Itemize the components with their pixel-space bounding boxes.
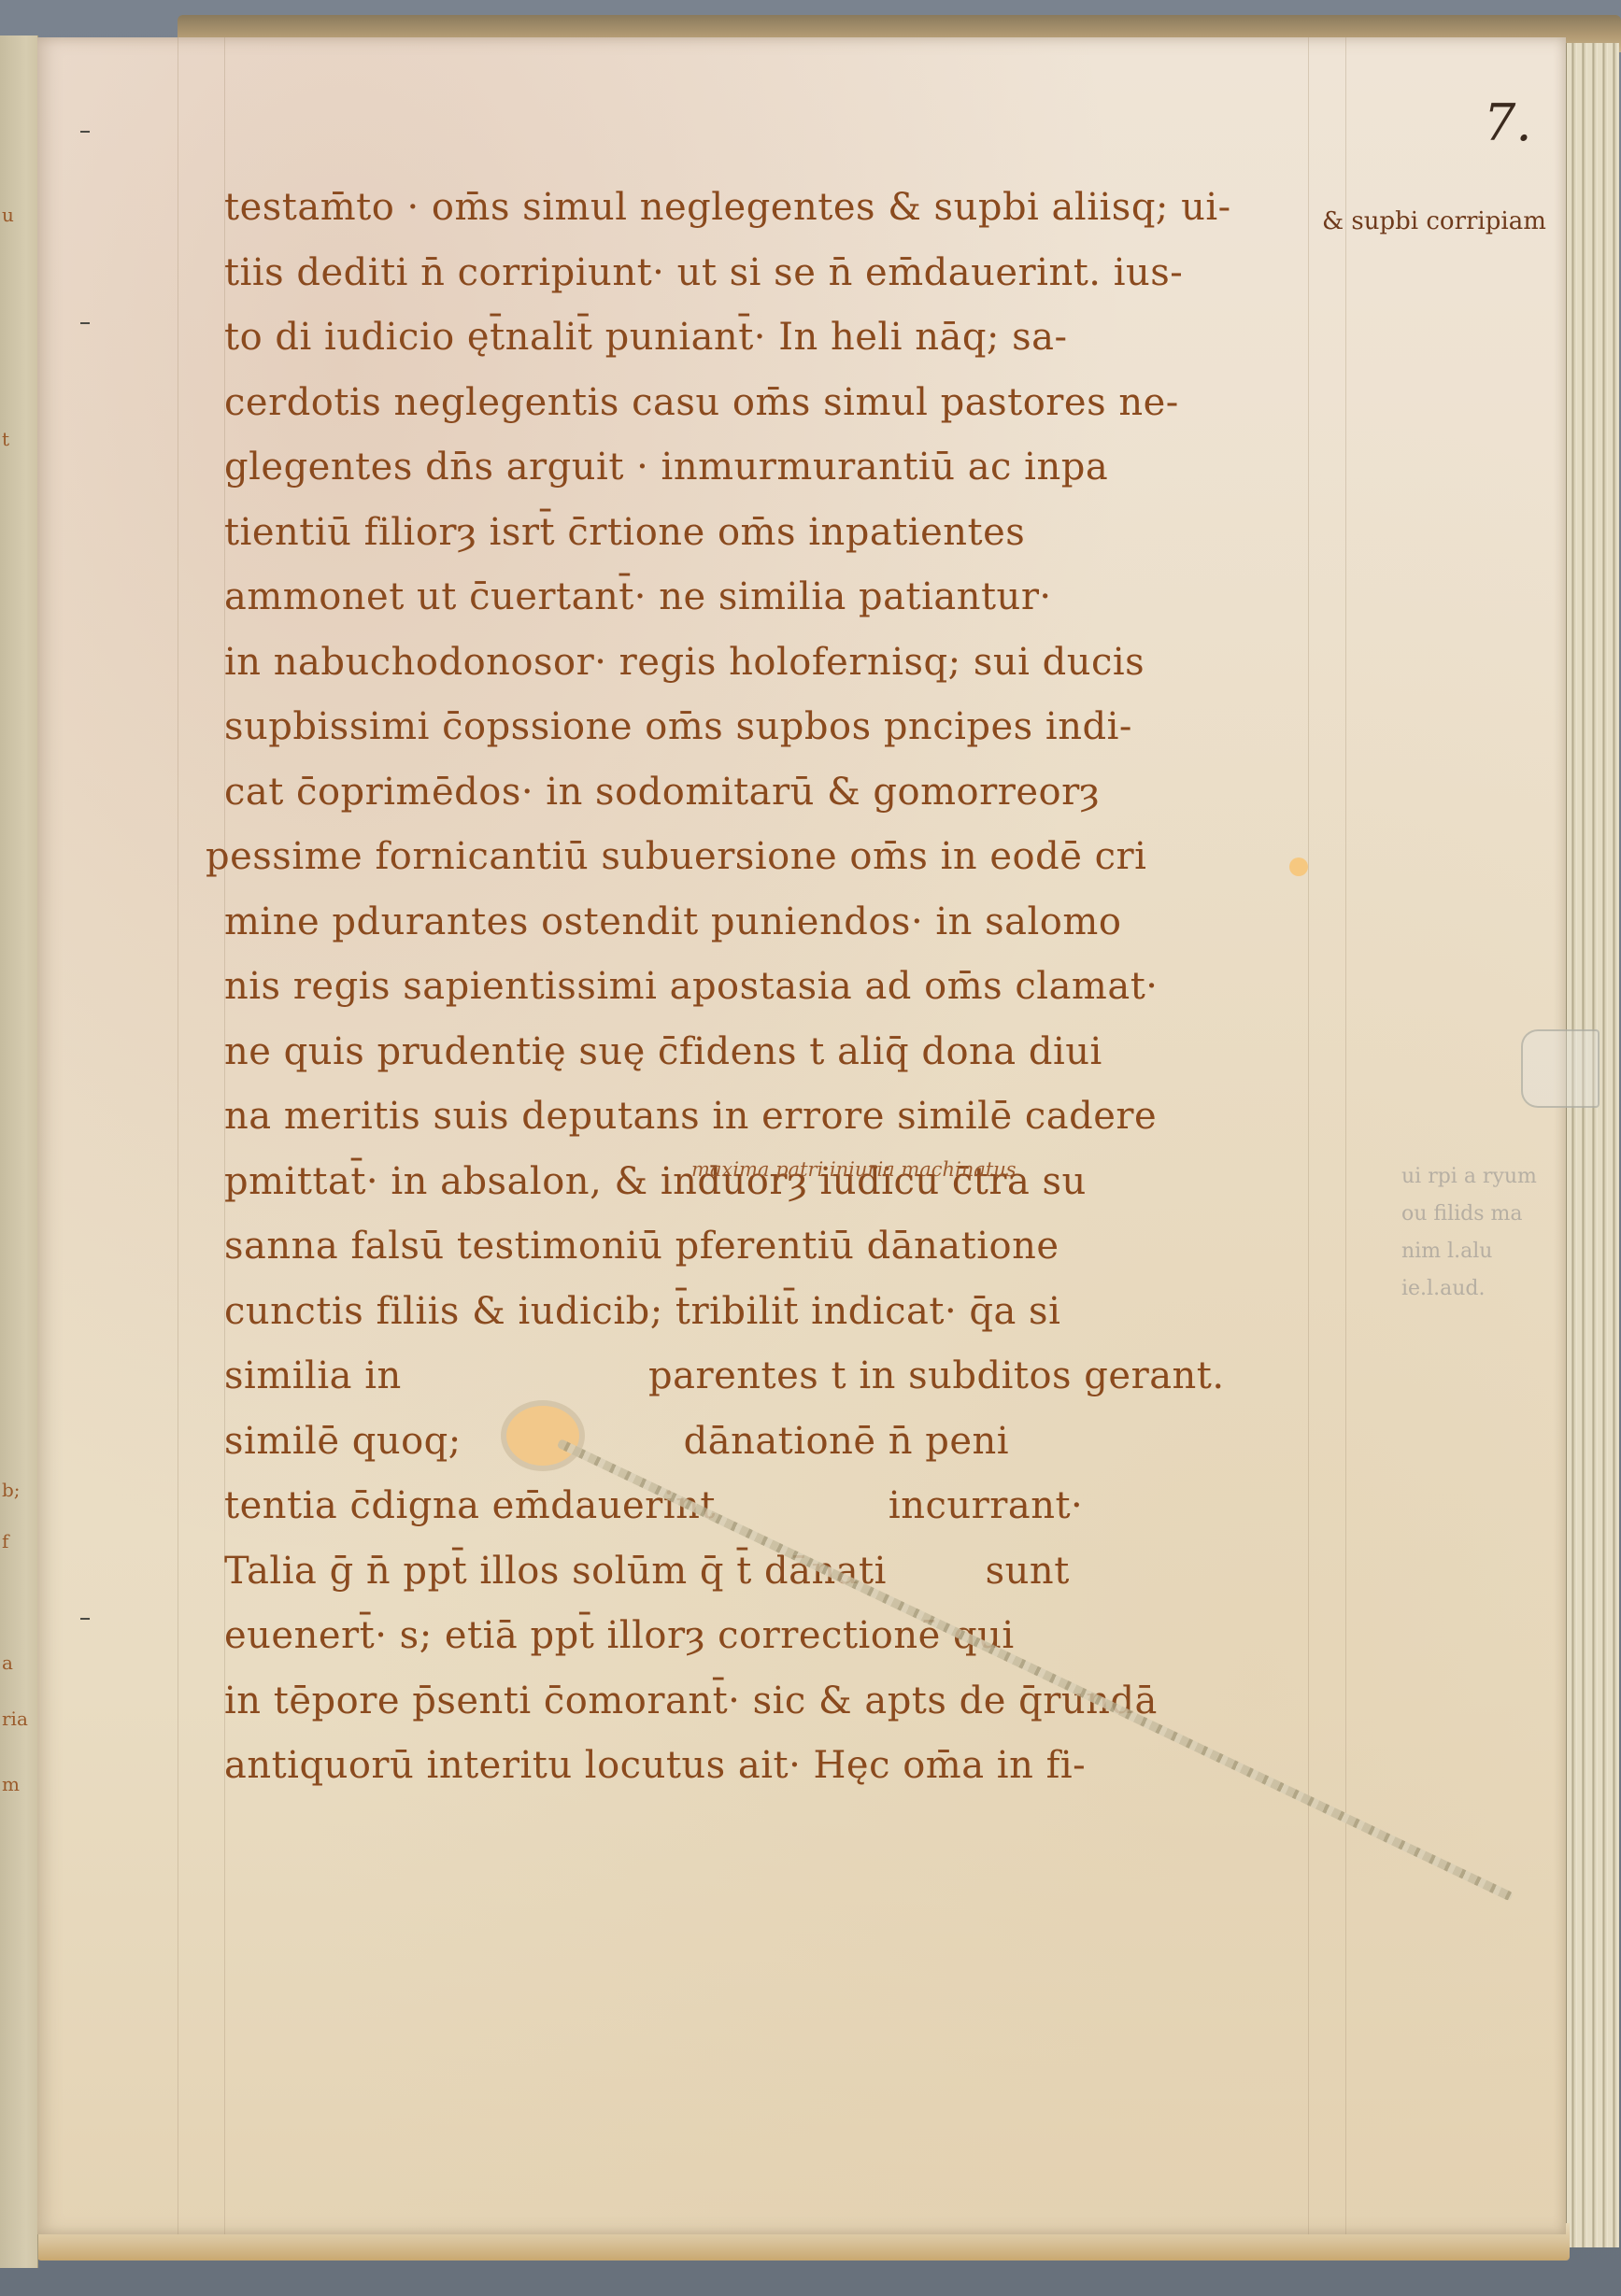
text-line: tientiū filiorȝ isrt̄ c̄rtione om̄s inpa… (224, 510, 1308, 575)
text-line: cunctis filiis & iudicib; t̄ribilit̄ ind… (224, 1289, 1308, 1354)
text-line: in tēpore p̄senti c̄omorant̄· sic & apts… (224, 1679, 1308, 1744)
marginal-gloss: & supbi corripiam (1322, 207, 1546, 235)
parchment-small-hole (1289, 857, 1308, 876)
text-line: cat c̄oprimēdos· in sodomitarū & gomorre… (224, 770, 1308, 835)
text-line: cerdotis neglegentis casu om̄s simul pas… (224, 380, 1308, 446)
ruling-line (1345, 37, 1346, 2234)
text-line: antiquorū interitu locutus ait· Hęc om̄a… (224, 1743, 1308, 1808)
left-page-fragment: m (2, 1773, 20, 1795)
text-line: testam̄to · om̄s simul neglegentes & sup… (224, 185, 1308, 250)
left-page-fragment: b; (2, 1479, 21, 1501)
text-line: na meritis suis deputans in errore simil… (224, 1094, 1308, 1159)
offset-faded-text: ui rpi a ryum ou filids ma nim l.alu ie.… (1401, 1158, 1537, 1308)
text-line: in nabuchodonosor· regis holofernisq; su… (224, 640, 1308, 705)
left-page-fragment: f (2, 1530, 8, 1552)
faded-line: ui rpi a ryum (1401, 1158, 1537, 1196)
left-page-fragment: ria (2, 1708, 28, 1730)
text-line: nis regis sapientissimi apostasia ad om̄… (224, 964, 1308, 1029)
text-line: pessime fornicantiū subuersione om̄s in … (206, 834, 1308, 900)
pricking-mark (80, 322, 90, 324)
interlinear-gloss: maxima patri iniuria machinatus (691, 1158, 1017, 1181)
text-line: mine pdurantes ostendit puniendos· in sa… (224, 900, 1308, 965)
text-line: tiis dediti n̄ corripiunt· ut si se n̄ e… (224, 250, 1308, 316)
pricking-mark (80, 131, 90, 133)
text-line: euenert̄· s; etiā ppt̄ illorȝ correction… (224, 1613, 1308, 1679)
left-page-fragment: u (2, 204, 14, 226)
pricking-mark (80, 1618, 90, 1620)
faded-line: ou filids ma (1401, 1196, 1537, 1233)
ruling-line (178, 37, 178, 2234)
facing-verso-page: u t b; f a ria m (0, 35, 38, 2268)
text-line: Talia ḡ n̄ ppt̄ illos solūm q̄ t̄ dānati… (224, 1549, 1308, 1614)
text-line: sanna falsū testimoniū pferentiū dānatio… (224, 1224, 1308, 1289)
left-page-fragment: a (2, 1651, 13, 1674)
fore-edge-page-stack (1566, 43, 1619, 2247)
text-line: glegentes dn̄s arguit · inmurmurantiū ac… (224, 445, 1308, 510)
text-line: to di iudicio ęt̄nalit̄ puniant̄· In hel… (224, 315, 1308, 380)
text-line: similia in parentes t in subditos gerant… (224, 1354, 1308, 1419)
text-line: ne quis prudentię suę c̄fidens t aliq̄ d… (224, 1029, 1308, 1095)
parchment-hole (506, 1406, 579, 1466)
text-line: similē quoq; dānationē n̄ peni (224, 1419, 1308, 1484)
page-clip (1521, 1029, 1600, 1108)
ruling-line (1308, 37, 1309, 2234)
text-line: supbissimi c̄opssione om̄s supbos pncipe… (224, 704, 1308, 770)
folio-number: 7. (1484, 93, 1532, 152)
left-page-fragment: t (2, 428, 9, 450)
faded-line: ie.l.aud. (1401, 1270, 1537, 1308)
main-text-column: testam̄to · om̄s simul neglegentes & sup… (224, 185, 1308, 1808)
text-line: ammonet ut c̄uertant̄· ne similia patian… (224, 574, 1308, 640)
faded-line: nim l.alu (1401, 1233, 1537, 1270)
